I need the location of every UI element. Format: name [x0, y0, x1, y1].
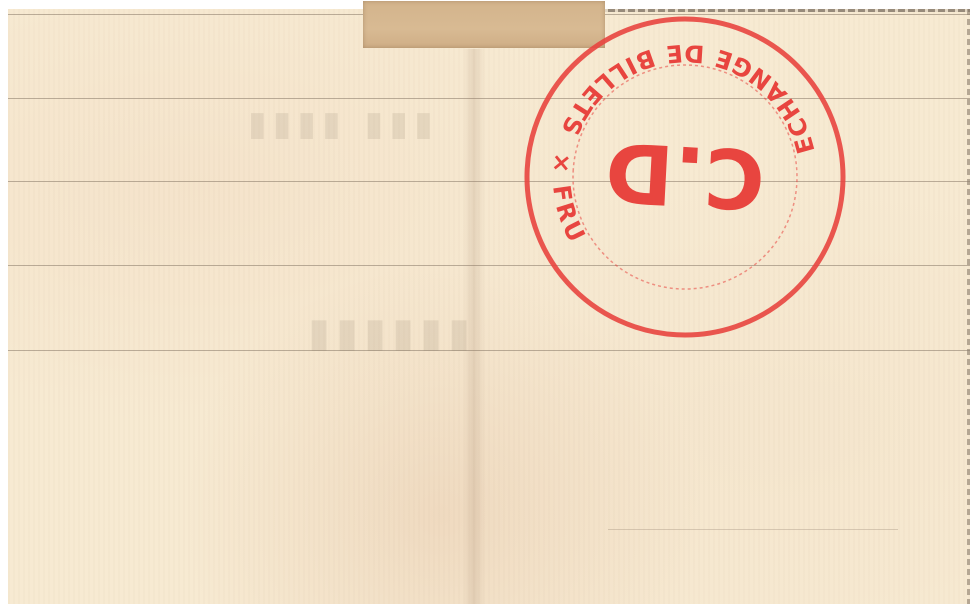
red-circular-stamp: ECHANGE DE BILLETS × FRU C.D [512, 4, 859, 351]
perforated-edge [967, 9, 970, 604]
ruled-line [8, 350, 970, 351]
show-through-print: ▮▮▮▮▮▮ [308, 309, 476, 356]
stamp-center-text: C.D [603, 123, 767, 226]
signature-line [608, 529, 898, 530]
show-through-print: ▮▮▮▮ ▮▮▮ [248, 104, 439, 144]
